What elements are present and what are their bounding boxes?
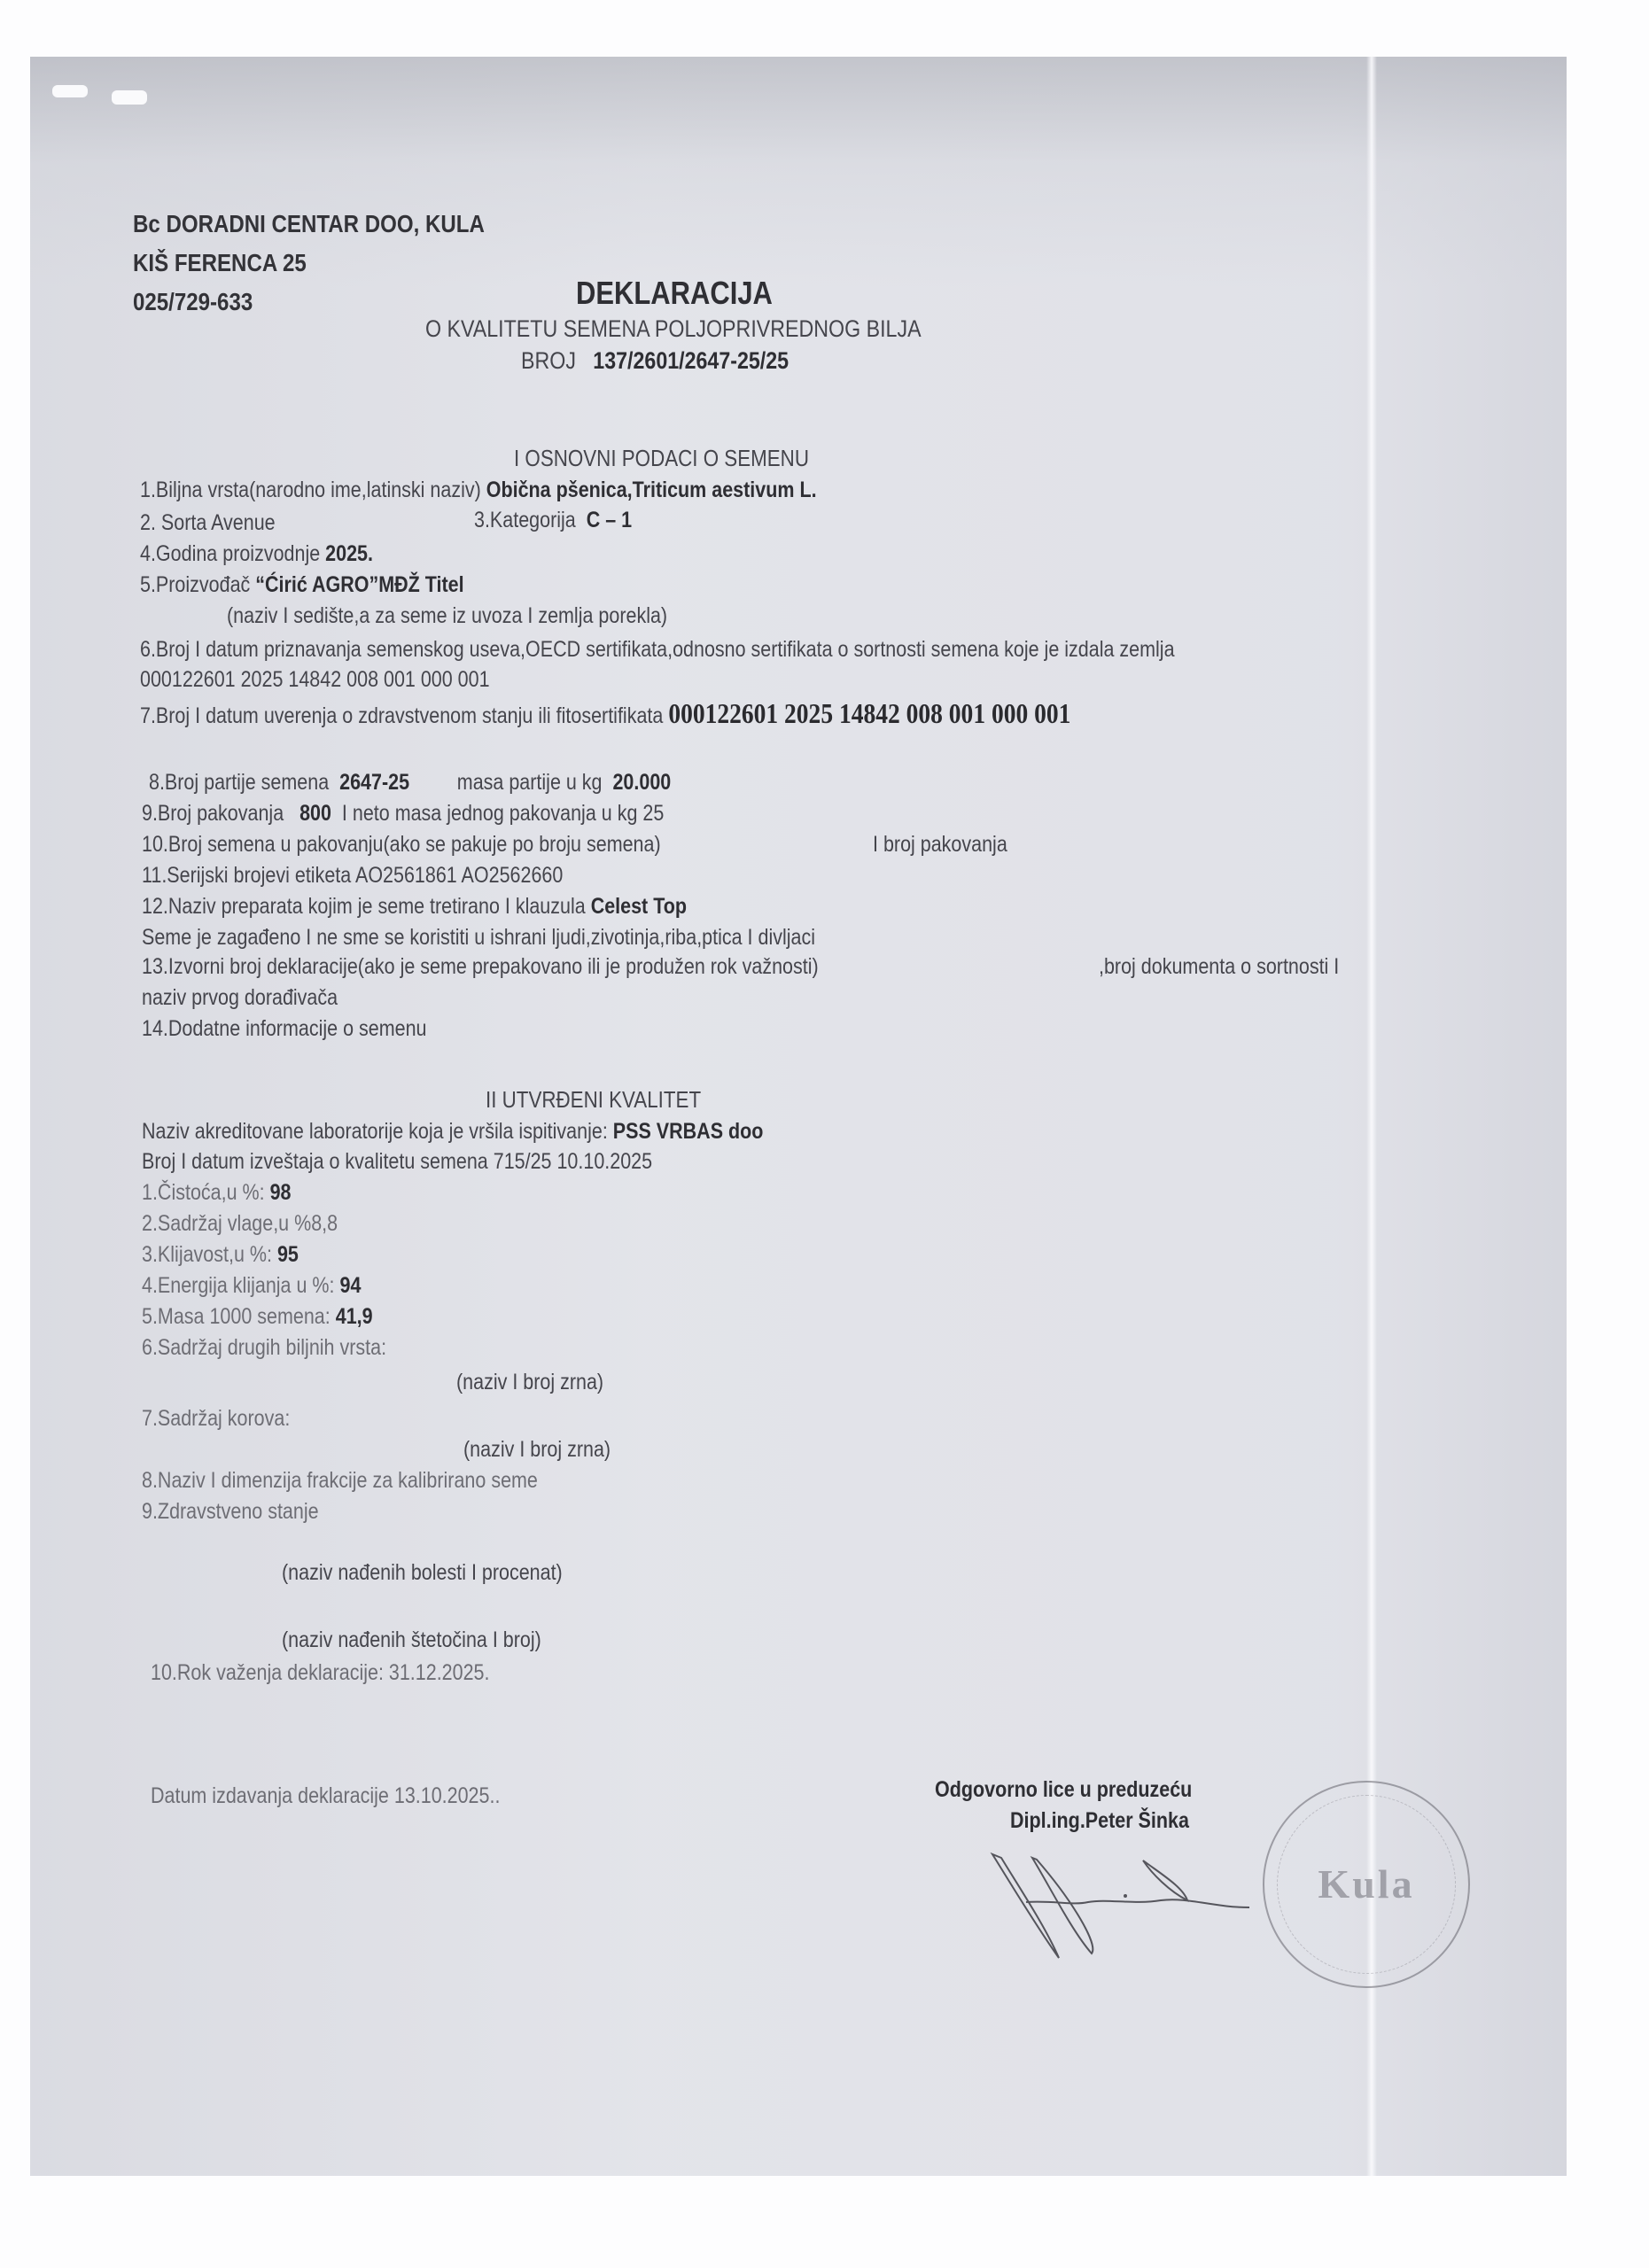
quality-9: 9.Zdravstveno stanje [142, 1498, 319, 1525]
document-title: DEKLARACIJA [576, 280, 773, 307]
q3-value: 95 [277, 1242, 299, 1267]
lab-line: Naziv akreditovane laboratorije koja je … [142, 1118, 763, 1145]
item8-mass-label: masa partije u kg [457, 770, 603, 795]
q5-label: 5.Masa 1000 semena: [142, 1304, 331, 1329]
item13-cont: naziv prvog dorađivača [142, 984, 338, 1011]
quality-5: 5.Masa 1000 semena: 41,9 [142, 1303, 373, 1330]
number-value: 137/2601/2647-25/25 [593, 347, 789, 374]
quality-1: 1.Čistoća,u %: 98 [142, 1179, 292, 1206]
item9-rest: I neto masa jednog pakovanja u kg 25 [342, 801, 664, 826]
item11: 11.Serijski brojevi etiketa AO2561861 AO… [142, 862, 563, 889]
quality-2: 2.Sadržaj vlage,u %8,8 [142, 1210, 338, 1237]
q4-label: 4.Energija klijanja u %: [142, 1273, 335, 1298]
item6-value: 000122601 2025 14842 008 001 000 001 [140, 666, 490, 693]
quality-6: 6.Sadržaj drugih biljnih vrsta: [142, 1334, 386, 1361]
item4-label: 4.Godina proizvodnje [140, 541, 320, 566]
item5: 5.Proizvođač “Ćirić AGRO”MĐŽ Titel [140, 571, 464, 598]
item2: 2. Sorta Avenue [140, 509, 276, 536]
quality-7-note: (naziv I broj zrna) [463, 1436, 611, 1463]
report-line: Broj I datum izveštaja o kvalitetu semen… [142, 1148, 652, 1175]
item8-label: 8.Broj partije semena [149, 770, 329, 795]
item5-label: 5.Proizvođač [140, 572, 250, 597]
document-number: BROJ 137/2601/2647-25/25 [521, 347, 789, 374]
responsible-name: Dipl.ing.Peter Šinka [1010, 1807, 1189, 1834]
quality-6-note: (naziv I broj zrna) [456, 1369, 603, 1395]
item3: 3.Kategorija C – 1 [474, 507, 632, 533]
lab-label: Naziv akreditovane laboratorije koja je … [142, 1119, 608, 1144]
number-label: BROJ [521, 347, 576, 374]
item14: 14.Dodatne informacije o semenu [142, 1015, 426, 1042]
issue-date: Datum izdavanja deklaracije 13.10.2025.. [151, 1783, 500, 1809]
signature [984, 1847, 1276, 1962]
item6-label: 6.Broj I datum priznavanja semenskog use… [140, 636, 1175, 663]
item10-right: I broj pakovanja [873, 831, 1007, 858]
item1-value: Obična pšenica,Triticum aestivum L. [486, 478, 817, 502]
quality-4: 4.Energija klijanja u %: 94 [142, 1272, 361, 1299]
stamp-text: Kula [1264, 1860, 1468, 1907]
item5-value: “Ćirić AGRO”MĐŽ Titel [255, 572, 463, 597]
document-subtitle: O KVALITETU SEMENA POLJOPRIVREDNOG BILJA [425, 315, 922, 342]
item4-value: 2025. [325, 541, 373, 566]
item4: 4.Godina proizvodnje 2025. [140, 540, 373, 567]
responsible-label: Odgovorno lice u preduzeću [935, 1776, 1192, 1803]
quality-9-note-pests: (naziv nađenih štetočina I broj) [282, 1627, 541, 1653]
official-stamp: Kula [1263, 1781, 1470, 1988]
quality-7: 7.Sadržaj korova: [142, 1405, 290, 1432]
item12-value: Celest Top [591, 894, 687, 919]
punch-hole [112, 90, 147, 105]
item3-label: 3.Kategorija [474, 508, 576, 532]
company-address: KIŠ FERENCA 25 [133, 250, 307, 276]
item9: 9.Broj pakovanja 800 I neto masa jednog … [142, 800, 664, 827]
item1-label: 1.Biljna vrsta(narodno ime,latinski nazi… [140, 478, 481, 502]
company-name: Bc DORADNI CENTAR DOO, KULA [133, 211, 485, 237]
item9-value: 800 [299, 801, 331, 826]
section2-heading: II UTVRĐENI KVALITET [486, 1086, 701, 1113]
item7-label: 7.Broj I datum uverenja o zdravstvenom s… [140, 703, 663, 728]
item12: 12.Naziv preparata kojim je seme tretira… [142, 893, 687, 920]
q4-value: 94 [339, 1273, 361, 1298]
lab-value: PSS VRBAS doo [613, 1119, 764, 1144]
item8-mass-value: 20.000 [612, 770, 671, 795]
item1: 1.Biljna vrsta(narodno ime,latinski nazi… [140, 477, 817, 503]
q1-value: 98 [270, 1180, 292, 1205]
q3-label: 3.Klijavost,u %: [142, 1242, 272, 1267]
item7-value: 000122601 2025 14842 008 001 000 001 [668, 697, 1070, 729]
item13-label: 13.Izvorni broj deklaracije(ako je seme … [142, 953, 819, 980]
item10-label: 10.Broj semena u pakovanju(ako se pakuje… [142, 831, 661, 858]
item12-label: 12.Naziv preparata kojim je seme tretira… [142, 894, 586, 919]
punch-hole [52, 85, 88, 97]
quality-3: 3.Klijavost,u %: 95 [142, 1241, 299, 1268]
q5-value: 41,9 [336, 1304, 373, 1329]
item9-label: 9.Broj pakovanja [142, 801, 284, 826]
company-phone: 025/729-633 [133, 289, 253, 315]
q1-label: 1.Čistoća,u %: [142, 1180, 265, 1205]
quality-8: 8.Naziv I dimenzija frakcije za kalibrir… [142, 1467, 538, 1494]
item7: 7.Broj I datum uverenja o zdravstvenom s… [140, 700, 1070, 729]
item3-value: C – 1 [587, 508, 632, 532]
quality-9-note-diseases: (naziv nađenih bolesti I procenat) [282, 1559, 563, 1586]
warning-text: Seme je zagađeno I ne sme se koristiti u… [142, 924, 815, 951]
quality-10: 10.Rok važenja deklaracije: 31.12.2025. [151, 1659, 489, 1686]
item5-note: (naziv I sedište,a za seme iz uvoza I ze… [227, 602, 667, 629]
item13-right: ,broj dokumenta o sortnosti I [1099, 953, 1339, 980]
item8: 8.Broj partije semena 2647-25 masa parti… [149, 769, 671, 796]
item8-value: 2647-25 [339, 770, 409, 795]
section1-heading: I OSNOVNI PODACI O SEMENU [514, 445, 809, 471]
